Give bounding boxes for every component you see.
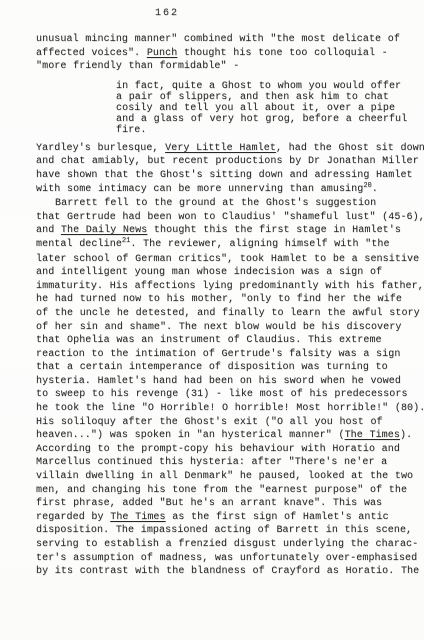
text-line: villain dwelling in all Denmark" he paus… — [36, 470, 400, 484]
text-line: Barrett fell to the ground at the Ghost'… — [36, 197, 400, 211]
text-segment: His soliloquy after the Ghost's exit ("O… — [36, 417, 383, 428]
text-line: to sweep to his revenge (31) - like most… — [36, 388, 400, 402]
text-line: and intelligent young man whose indecisi… — [36, 266, 400, 280]
page-text: unusual mincing manner" combined with "t… — [36, 33, 400, 579]
text-segment: and intelligent young man whose indecisi… — [36, 267, 382, 278]
text-segment: thought this the first stage in Hamlet's — [147, 225, 401, 236]
text-line: regarded by The Times as the first sign … — [36, 511, 400, 525]
text-segment: he had turned now to his mother, "only t… — [36, 294, 402, 305]
text-segment: immaturity. His affections lying predomi… — [36, 281, 424, 292]
text-line: cosily and tell you all about it, over a… — [116, 103, 400, 114]
text-segment: Barrett fell to the ground at the Ghost'… — [55, 198, 376, 209]
footnote-superscript: 21 — [122, 237, 130, 245]
text-line: fire. — [116, 125, 400, 136]
text-line: a pair of slippers, and then ask him to … — [116, 92, 400, 103]
text-line: with some intimacy can be more unnerving… — [36, 183, 400, 198]
text-segment: heaven...") was spoken in "an hysterical… — [36, 430, 345, 441]
text-line: he took the line "O Horrible! O horrible… — [36, 402, 400, 416]
text-segment: . — [372, 184, 378, 195]
text-segment: disposition. The impassioned acting of B… — [36, 525, 412, 536]
text-line: Marcellus continued this hysteria: after… — [36, 456, 400, 470]
text-line: Yardley's burlesque, Very Little Hamlet,… — [36, 142, 400, 156]
underlined-title: The Daily News — [61, 225, 147, 236]
text-segment: hysteria. Hamlet's hand had been on his … — [36, 376, 401, 387]
text-line: he had turned now to his mother, "only t… — [36, 293, 400, 307]
underlined-title: The Times — [110, 512, 165, 523]
text-segment: by its contrast with the blandness of Cr… — [36, 566, 419, 577]
page-number: 162 — [155, 8, 179, 19]
text-segment: According to the prompt-copy his behavio… — [36, 444, 400, 455]
scanned-page: 162 unusual mincing manner" combined wit… — [0, 0, 424, 640]
text-line: hysteria. Hamlet's hand had been on his … — [36, 375, 400, 389]
text-segment: that Gertrude had been won to Claudius' … — [36, 212, 424, 223]
text-segment: regarded by — [36, 512, 110, 523]
text-segment: as the first sign of Hamlet's antic — [166, 512, 389, 523]
text-line: of the uncle he detested, and finally to… — [36, 307, 400, 321]
text-line: unusual mincing manner" combined with "t… — [36, 33, 400, 47]
text-segment: that a certain intemperance of dispositi… — [36, 362, 388, 373]
text-line: that Gertrude had been won to Claudius' … — [36, 211, 400, 225]
paragraph: Barrett fell to the ground at the Ghost'… — [36, 197, 400, 579]
text-segment: of the uncle he detested, and finally to… — [36, 308, 420, 319]
text-line: heaven...") was spoken in "an hysterical… — [36, 429, 400, 443]
underlined-title: Punch — [147, 48, 178, 59]
text-segment: . The reviewer, aligning himself with "t… — [130, 239, 389, 250]
text-segment: ). — [400, 430, 412, 441]
text-line: in fact, quite a Ghost to whom you would… — [116, 81, 400, 92]
text-segment: unusual mincing manner" combined with "t… — [36, 34, 400, 45]
text-segment: mental decline — [36, 239, 122, 250]
text-segment: serving to establish a frenzied disgust … — [36, 539, 418, 550]
text-segment: cosily and tell you all about it, over a… — [116, 103, 395, 114]
text-segment: and a glass of very hot grog, before a c… — [116, 114, 407, 125]
text-line: by its contrast with the blandness of Cr… — [36, 565, 400, 579]
text-segment: reaction to the intimation of Gertrude's… — [36, 349, 400, 360]
underlined-title: The Times — [345, 430, 400, 441]
block-quote: in fact, quite a Ghost to whom you would… — [116, 81, 400, 136]
text-line: that Ophelia was an instrument of Claudi… — [36, 334, 400, 348]
text-segment: Marcellus continued this hysteria: after… — [36, 457, 387, 468]
text-segment: of her sin and shame". The next blow wou… — [36, 322, 401, 333]
text-line: mental decline21. The reviewer, aligning… — [36, 238, 400, 253]
text-segment: and chat amiably, but recent productions… — [36, 156, 419, 167]
text-segment: to sweep to his revenge (31) - like most… — [36, 389, 408, 400]
text-line: first phrase, added "But he's an arrant … — [36, 497, 400, 511]
text-line: affected voices". Punch thought his tone… — [36, 47, 400, 61]
text-line: ter's assumption of madness, was unfortu… — [36, 552, 400, 566]
text-line: and The Daily News thought this the firs… — [36, 224, 400, 238]
text-segment: villain dwelling in all Denmark" he paus… — [36, 471, 413, 482]
text-segment: "more friendly than formidable" - — [36, 61, 239, 72]
underlined-title: Very Little Hamlet — [165, 143, 276, 154]
text-segment: ter's assumption of madness, was unfortu… — [36, 553, 417, 564]
text-line: later school of German critics", took Ha… — [36, 253, 400, 267]
text-segment: first phrase, added "But he's an arrant … — [36, 498, 382, 509]
text-line: disposition. The impassioned acting of B… — [36, 524, 400, 538]
text-segment: he took the line "O Horrible! O horrible… — [36, 403, 424, 414]
text-line: that a certain intemperance of dispositi… — [36, 361, 400, 375]
text-segment: men, and changing his tone from the "ear… — [36, 485, 407, 496]
text-line: of her sin and shame". The next blow wou… — [36, 321, 400, 335]
text-segment: later school of German critics", took Ha… — [36, 254, 419, 265]
text-segment: a pair of slippers, and then ask him to … — [116, 92, 389, 103]
text-line: and chat amiably, but recent productions… — [36, 155, 400, 169]
text-line: immaturity. His affections lying predomi… — [36, 280, 400, 294]
paragraph: unusual mincing manner" combined with "t… — [36, 33, 400, 74]
text-segment: in fact, quite a Ghost to whom you would… — [116, 81, 401, 92]
text-segment: affected voices". — [36, 48, 147, 59]
text-segment: , had the Ghost sit down — [276, 143, 424, 154]
text-line: reaction to the intimation of Gertrude's… — [36, 348, 400, 362]
text-segment: fire. — [116, 125, 147, 136]
text-segment: thought his tone too colloquial - — [177, 48, 387, 59]
text-line: and a glass of very hot grog, before a c… — [116, 114, 400, 125]
text-line: "more friendly than formidable" - — [36, 60, 400, 74]
text-line: men, and changing his tone from the "ear… — [36, 484, 400, 498]
footnote-superscript: 20 — [363, 182, 371, 190]
text-segment: with some intimacy can be more unnerving… — [36, 184, 363, 195]
text-line: According to the prompt-copy his behavio… — [36, 443, 400, 457]
text-segment: that Ophelia was an instrument of Claudi… — [36, 335, 382, 346]
text-segment: and — [36, 225, 61, 236]
text-line: His soliloquy after the Ghost's exit ("O… — [36, 416, 400, 430]
text-segment: have shown that the Ghost's sitting down… — [36, 170, 413, 181]
text-segment: Yardley's burlesque, — [36, 143, 165, 154]
paragraph: Yardley's burlesque, Very Little Hamlet,… — [36, 142, 400, 197]
text-line: serving to establish a frenzied disgust … — [36, 538, 400, 552]
text-line: have shown that the Ghost's sitting down… — [36, 169, 400, 183]
